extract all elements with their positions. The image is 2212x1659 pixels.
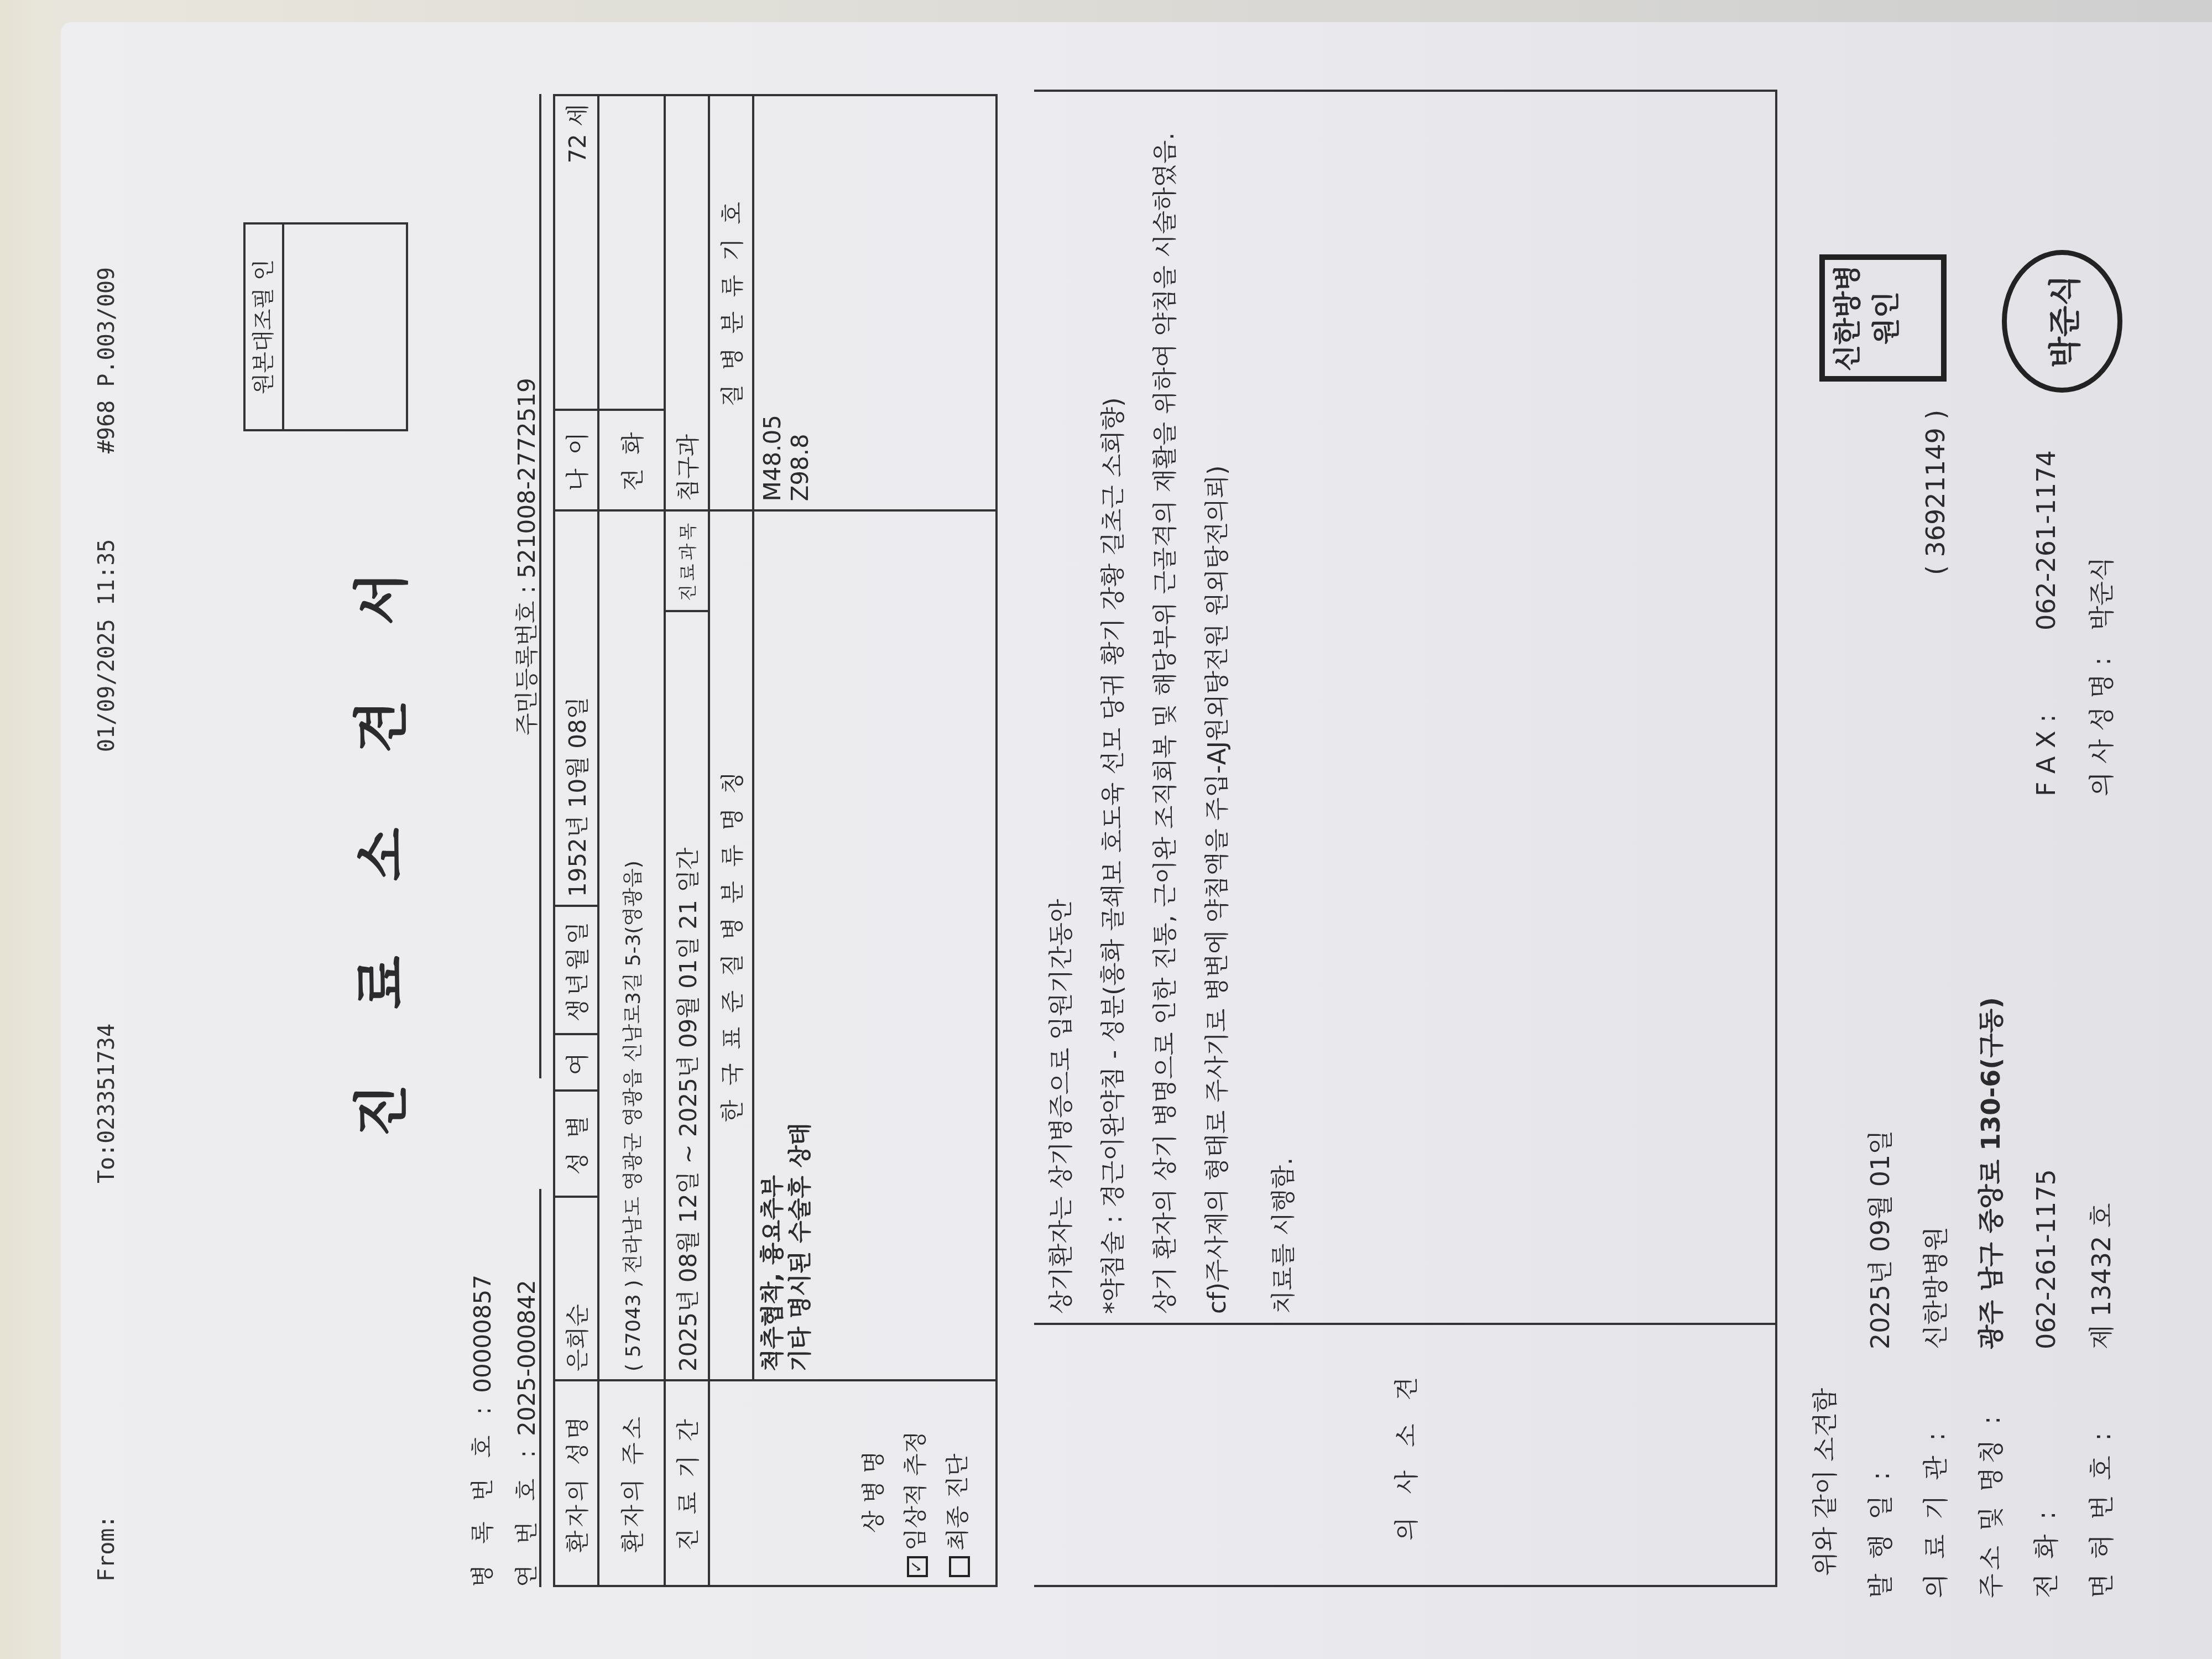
code-header: 질 병 분 류 기 호 <box>709 95 753 510</box>
page-title: 진 료 소 견 서 <box>337 50 417 1631</box>
option-final-diagnosis: 최종 진단 <box>937 1389 979 1577</box>
age-label: 나 이 <box>554 410 598 510</box>
institution-name: 신한방병원 <box>1908 575 1963 1349</box>
fax-page-info: #968 P.003/009 <box>94 267 119 453</box>
doctor-seal-stamp: 박준식 <box>2002 250 2122 393</box>
dob-label: 생년월일 <box>554 906 598 1034</box>
phone-row: 전 화 : 062-261-1175 F A X : 062-261-1174 <box>2018 410 2074 1598</box>
diagnosis-code: M48.05 <box>759 104 786 502</box>
divider <box>539 94 541 1078</box>
confirm-label: 원본대조필 인 <box>246 225 284 429</box>
doctor-name: 박준식 <box>2074 557 2129 630</box>
fax-to: To:023351734 <box>94 752 119 1183</box>
opinion-paragraph: 상기환자는 상기병증으로 입원기간동안 <box>1045 103 1078 1314</box>
diagnosis-type-cell: 상 병 명 ✓임상적 추정 최종 진단 <box>709 1380 997 1586</box>
fax-from: From: <box>94 1183 119 1582</box>
rrn-line: 주민등록번호 : 521008-2772519 <box>509 378 542 735</box>
issuer-footer: 위와 같이 소견함 발 행 일 : 2025년 09월 01일 의 료 기 관 … <box>1797 410 2129 1598</box>
opinion-paragraph: cf)주사제의 형태로 주사기로 병변에 약침액을 주입-AJ원외탕전원 원외탕… <box>1201 103 1234 1314</box>
patient-address: ( 57043 ) 전라남도 영광군 영광읍 신남로3길 5-3(영광읍) <box>598 510 665 1380</box>
medical-opinion-document: From: To:023351734 01/09/2025 11:35 #968… <box>77 50 2168 1631</box>
statement: 위와 같이 소견함 <box>1797 410 1853 1598</box>
opinion-paragraph: 치료를 시행함. <box>1267 103 1301 1314</box>
license-number: 제 13432 호 <box>2074 796 2129 1349</box>
institution-row: 의 료 기 관 : 신한방병원 ( 36921149 ) <box>1908 410 1963 1598</box>
opinion-paragraph: 상기 환자의 상기 병명으로 인한 진통, 근이완 조직회복 및 해당부위 근골… <box>1149 103 1182 1314</box>
sex-label: 성 별 <box>554 1091 598 1197</box>
diagnosis-label: 상 병 명 <box>853 1389 895 1577</box>
license-row: 면 허 번 호 : 제 13432 호 의 사 성 명 : 박준식 <box>2074 410 2129 1598</box>
serial-no: 2025-000842 <box>513 1280 540 1436</box>
patient-name: 은회순 <box>554 1197 598 1380</box>
hospital-seal-stamp: 신한방병원인 <box>1819 254 1947 382</box>
fax-datetime: 01/09/2025 11:35 <box>94 453 119 752</box>
option-clinical-estimate: ✓임상적 추정 <box>895 1389 937 1577</box>
address-label: 환자의 주소 <box>598 1380 665 1586</box>
patient-dob: 1952년 10월 08일 <box>554 510 598 906</box>
issue-date: 2025년 09월 01일 <box>1853 1130 1908 1349</box>
rrn: 521008-2772519 <box>513 378 540 578</box>
diagnosis-item: 기타 명시된 수술후 상태 <box>786 519 814 1371</box>
rrn-label: 주민등록번호 : <box>513 586 540 735</box>
issue-date-row: 발 행 일 : 2025년 09월 01일 <box>1853 410 1908 1598</box>
patient-no-line: 병 록 번 호 : 00000857 <box>465 1275 498 1587</box>
institution-fax: 062-261-1174 <box>2018 450 2074 630</box>
patient-no: 00000857 <box>469 1275 496 1393</box>
checkbox-empty-icon <box>949 1556 970 1577</box>
diagnosis-codes: M48.05 Z98.8 <box>753 95 997 510</box>
dept-label: 진료과목 <box>665 510 709 611</box>
opinion-label: 의 사 소 견 <box>1034 1323 1775 1585</box>
period-label: 진 료 기 간 <box>665 1380 709 1586</box>
institution-address: 광주 남구 중앙로 130-6(구동) <box>1963 997 2018 1349</box>
diagnosis-names: 척추협착, 흉요추부 기타 명시된 수술후 상태 <box>753 510 997 1380</box>
patient-age: 72 세 <box>554 95 598 410</box>
institution-phone: 062-261-1175 <box>2018 796 2074 1349</box>
diagnosis-item: 척추협착, 흉요추부 <box>759 519 786 1371</box>
patient-no-label: 병 록 번 호 : <box>465 1400 498 1587</box>
divider <box>539 1189 541 1587</box>
fax-header: From: To:023351734 01/09/2025 11:35 #968… <box>94 88 119 1582</box>
kcd-header: 한 국 표 준 질 병 분 류 명 칭 <box>709 510 753 1380</box>
opinion-paragraph: *약침술 : 경근이완약침 - 성분(홍화 골쇄보 호도육 선모 당귀 황기 강… <box>1097 103 1130 1314</box>
opinion-text: 상기환자는 상기병증으로 입원기간동안 *약침술 : 경근이완약침 - 성분(홍… <box>1045 103 1319 1314</box>
serial-label: 연 번 호 : <box>509 1443 542 1587</box>
patient-info-table: 환자의 성명 은회순 성 별 여 생년월일 1952년 10월 08일 나 이 … <box>553 94 998 1587</box>
serial-line: 연 번 호 : 2025-000842 <box>509 1280 542 1587</box>
diagnosis-code: Z98.8 <box>786 104 814 502</box>
institution-code: ( 36921149 ) <box>1908 410 1963 575</box>
phone-label: 전 화 <box>598 410 665 510</box>
patient-phone <box>598 95 665 410</box>
patient-sex: 여 <box>554 1034 598 1091</box>
treatment-period: 2025년 08월 12일 ~ 2025년 09월 01일 21 일간 <box>665 611 709 1380</box>
checkbox-checked-icon: ✓ <box>907 1556 928 1577</box>
address-row: 주소 및 명칭 : 광주 남구 중앙로 130-6(구동) <box>1963 410 2018 1598</box>
treatment-dept: 침구과 <box>665 95 709 510</box>
doctor-opinion-section: 의 사 소 견 상기환자는 상기병증으로 입원기간동안 *약침술 : 경근이완약… <box>1034 90 1777 1587</box>
name-label: 환자의 성명 <box>554 1380 598 1586</box>
